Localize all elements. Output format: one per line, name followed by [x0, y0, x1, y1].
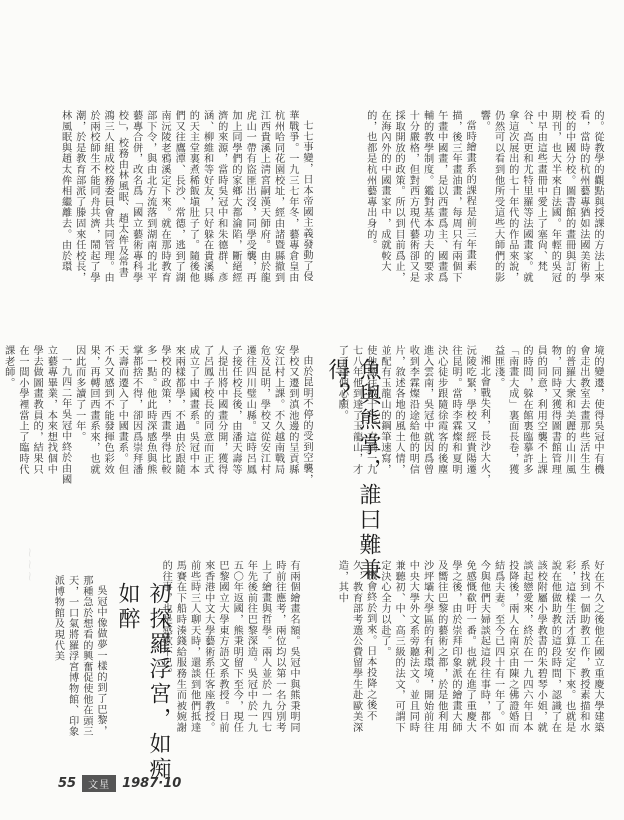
- article-block-left-middle: 由於昆明不停的受到空襲，學校又遷到滇池邊的呈貢縣安江村上課。不久越南戰局危及昆明…: [55, 345, 313, 485]
- paragraph: 機會終於到來。日本投降之後不久，教育部考選公費留學生赴歐美深造，其中: [334, 560, 377, 738]
- paragraph: 吳冠中像做夢一樣的到了巴黎，那種急於想看的興奮促使他在頭三天，一口氣將羅浮宮博物…: [50, 575, 107, 740]
- page-footer: 55 文星 1987·10: [58, 775, 181, 792]
- article-block-right-top: 的。從教學的觀點與授課的方法上來看，當時的杭州藝專猶如法國美術學校的中國分校。圖…: [336, 110, 604, 285]
- article-block-right-bottom: 好在不久之後他在國立重慶大學建築系找到一個助教工作，教授素描和水彩，這樣生活才算…: [334, 560, 604, 738]
- paragraph: 有兩個繪畫名額。吳冠中與熊秉明同時前往應考，兩位均以第一名分別考上了繪畫與哲學。…: [158, 560, 300, 738]
- paragraph: 好在不久之後他在國立重慶大學建築系找到一個助教工作，教授素描和水彩，這樣生活才算…: [377, 560, 604, 738]
- magazine-logo: 文星: [82, 775, 116, 792]
- page-number: 55: [58, 776, 76, 791]
- article-block-right-middle: 境的變遷，使得吳冠中有機會走出教室去畫那些活生生的普羅大衆和美麗的山川風物，同時…: [386, 345, 604, 485]
- paragraph: 由於昆明不停的受到空襲，學校又遷到滇池邊的呈貢縣安江村上課。不久越南戰局危及昆明…: [72, 345, 313, 485]
- article-block-left-top: 七七事變，日本帝國主義發動了侵華戰爭。一九三七年冬，藝專倉皇由杭州哈同花園校址，…: [55, 110, 313, 285]
- paragraph: 當時繪畫系的課程是前三年畫素描，後三年畫油畫，每周只有兩個下午畫中國畫，是以西畫…: [363, 110, 477, 285]
- issue-date: 1987·10: [122, 776, 181, 791]
- paragraph: 境的變遷，使得吳冠中有機會走出教室去畫那些活生生的普羅大衆和美麗的山川風物，同時…: [490, 345, 604, 485]
- paragraph: 七七事變，日本帝國主義發動了侵華戰爭。一九三七年冬，藝專倉皇由杭州哈同花園校址，…: [57, 110, 313, 285]
- paragraph: 的。從教學的觀點與授課的方法上來看，當時的杭州藝專猶如法國美術學校的中國分校。圖…: [476, 110, 604, 285]
- paragraph: 一九四二年吳冠中終於由國立藝專畢業，本來想找個中學去做圖畫教員的，結果只在一間小…: [1, 345, 72, 485]
- article-block-left-bottom-2: 吳冠中像做夢一樣的到了巴黎，那種急於想看的興奮促使他在頭三天，一口氣將羅浮宮博物…: [55, 575, 107, 740]
- section-heading-louvre: 初探羅浮宮，如痴如醉: [112, 582, 174, 782]
- margin-handwriting-marks: ⁓ ⁓ ⁓: [4, 548, 34, 738]
